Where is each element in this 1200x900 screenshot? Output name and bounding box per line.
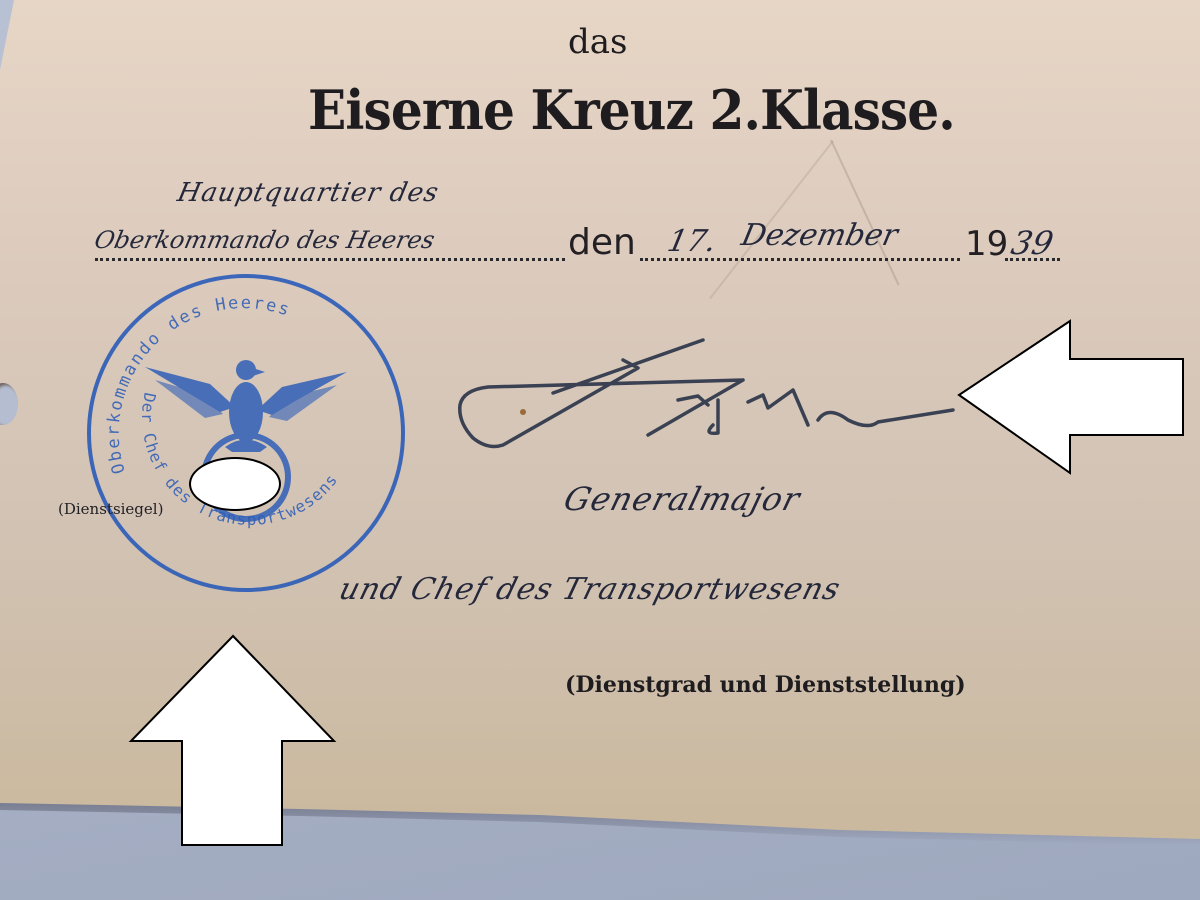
date-connector: den: [568, 222, 636, 263]
arrow-up-icon: [128, 634, 338, 848]
signature: [448, 330, 968, 470]
year-prefix: 19: [965, 224, 1008, 264]
seal-caption: (Dienstsiegel): [58, 500, 163, 518]
arrow-left-icon: [955, 315, 1200, 475]
handwritten-month: Dezember: [738, 218, 901, 253]
handwritten-location-line2: Oberkommando des Heeres: [92, 226, 437, 254]
rank-caption: (Dienstgrad und Dienststellung): [565, 672, 966, 698]
handwritten-location-line1: Hauptquartier des: [175, 178, 442, 208]
handwritten-year-suffix: 39: [1008, 224, 1057, 262]
handwritten-position: und Chef des Transportwesens: [335, 572, 844, 607]
handwritten-rank: Generalmajor: [560, 480, 805, 518]
article-text: das: [568, 22, 627, 62]
official-stamp: Oberkommando des Heeres Der Chef des Tra…: [85, 272, 407, 594]
censor-oval: [189, 457, 281, 511]
dotted-fill-line: [95, 258, 565, 261]
award-title: Eiserne Kreuz 2.Klasse.: [308, 78, 955, 142]
handwritten-day: 17.: [664, 224, 719, 259]
